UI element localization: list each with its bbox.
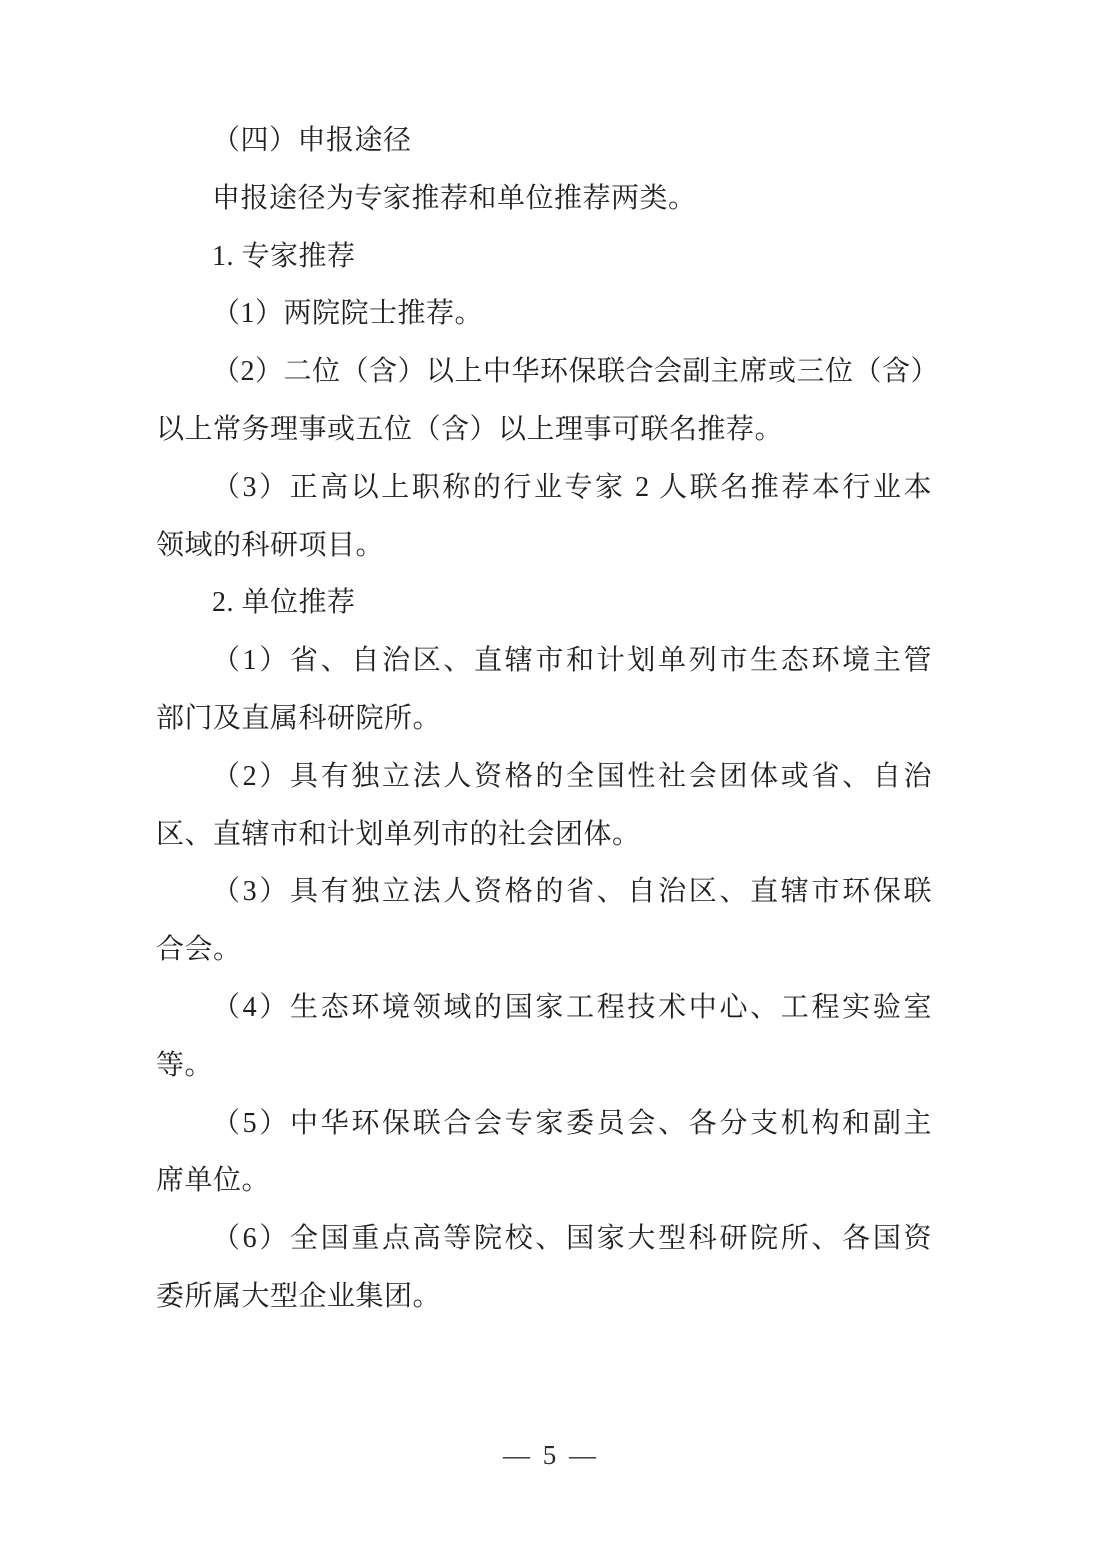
document-body: （四）申报途径 申报途径为专家推荐和单位推荐两类。 1. 专家推荐 （1）两院院… <box>156 112 932 1326</box>
text-line: 委所属大型企业集团。 <box>156 1268 932 1326</box>
text-line: （3）具有独立法人资格的省、自治区、直辖市环保联 <box>156 863 932 921</box>
text-line: （3）正高以上职称的行业专家 2 人联名推荐本行业本 <box>156 459 932 517</box>
text-line: 席单位。 <box>156 1152 932 1210</box>
text-line: （4）生态环境领域的国家工程技术中心、工程实验室 <box>156 979 932 1037</box>
text-line: （5）中华环保联合会专家委员会、各分支机构和副主 <box>156 1095 932 1153</box>
section-heading-line: （四）申报途径 <box>156 112 932 170</box>
page-number: — 5 — <box>503 1440 599 1470</box>
text-line: 申报途径为专家推荐和单位推荐两类。 <box>156 170 932 228</box>
text-line: （2）具有独立法人资格的全国性社会团体或省、自治 <box>156 748 932 806</box>
list-item-heading-line: 1. 专家推荐 <box>156 228 932 286</box>
text-line: 区、直辖市和计划单列市的社会团体。 <box>156 806 932 864</box>
text-line: 等。 <box>156 1037 932 1095</box>
text-line: （1）两院院士推荐。 <box>156 285 932 343</box>
text-line: （6）全国重点高等院校、国家大型科研院所、各国资 <box>156 1210 932 1268</box>
list-item-heading-line: 2. 单位推荐 <box>156 574 932 632</box>
page-footer: — 5 — <box>0 1440 1102 1471</box>
text-line: 合会。 <box>156 921 932 979</box>
text-line: （1）省、自治区、直辖市和计划单列市生态环境主管 <box>156 632 932 690</box>
text-line: 部门及直属科研院所。 <box>156 690 932 748</box>
text-line: 领域的科研项目。 <box>156 517 932 575</box>
text-line: 以上常务理事或五位（含）以上理事可联名推荐。 <box>156 401 932 459</box>
document-page: （四）申报途径 申报途径为专家推荐和单位推荐两类。 1. 专家推荐 （1）两院院… <box>0 0 1102 1559</box>
text-line: （2）二位（含）以上中华环保联合会副主席或三位（含） <box>156 343 932 401</box>
